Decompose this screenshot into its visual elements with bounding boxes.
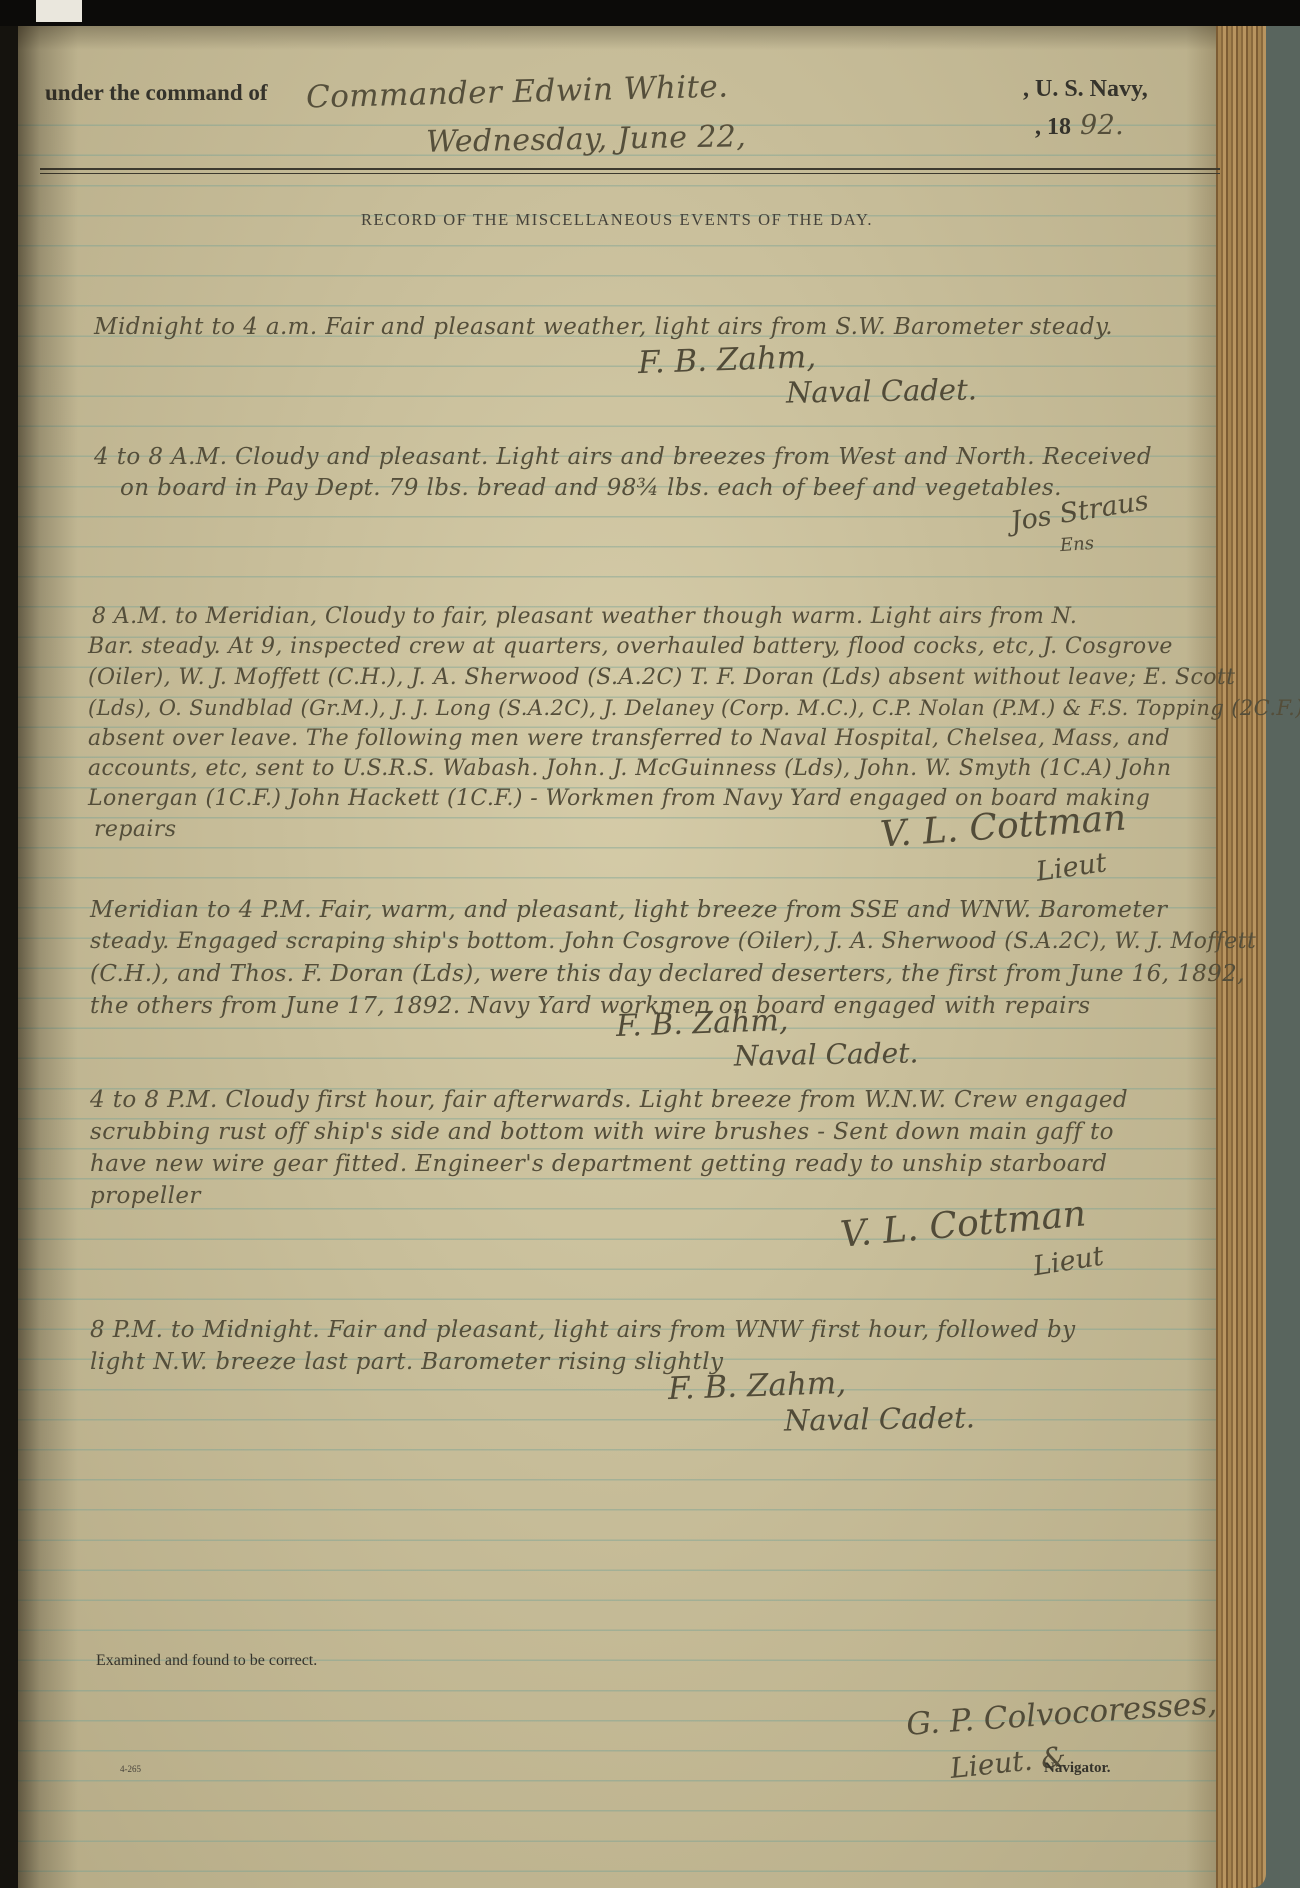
entry-line: accounts, etc, sent to U.S.R.S. Wabash. … (88, 754, 1300, 784)
entry-line: Bar. steady. At 9, inspected crew at qua… (88, 632, 1300, 662)
signature-rank-lieut: Lieut (1034, 847, 1108, 888)
entry-line: 4 to 8 P.M. Cloudy first hour, fair afte… (90, 1084, 1128, 1116)
entry-line: (Lds), O. Sundblad (Gr.M.), J. J. Long (… (88, 693, 1300, 723)
entry-line: (Oiler), W. J. Moffett (C.H.), J. A. She… (88, 663, 1300, 693)
log-entry-8pm-to-midnight: 8 P.M. to Midnight. Fair and pleasant, l… (90, 1314, 1076, 1378)
form-number: 4-265 (120, 1764, 141, 1774)
signature-rank-naval-cadet: Naval Cadet. (784, 1400, 975, 1437)
entry-line: 8 P.M. to Midnight. Fair and pleasant, l… (90, 1314, 1076, 1346)
header-printed-year-prefix: , 18 (1035, 114, 1071, 141)
signature-rank-naval-cadet: Naval Cadet. (786, 372, 977, 409)
date-handwritten: Wednesday, June 22, (426, 119, 747, 160)
scan-top-border (0, 0, 1300, 26)
entry-line: steady. Engaged scraping ship's bottom. … (90, 926, 1256, 958)
log-entry-meridian-to-4pm: Meridian to 4 P.M. Fair, warm, and pleas… (90, 894, 1256, 1022)
section-title: RECORD OF THE MISCELLANEOUS EVENTS OF TH… (18, 210, 1216, 230)
examined-statement: Examined and found to be correct. (96, 1652, 317, 1670)
signature-colvocoresses: G. P. Colvocoresses, (905, 1685, 1218, 1743)
signature-zahm: F. B. Zahm, (615, 1003, 788, 1044)
log-entry-midnight-to-4am: Midnight to 4 a.m. Fair and pleasant wea… (94, 312, 1113, 343)
entry-line: scrubbing rust off ship's side and botto… (90, 1116, 1128, 1148)
signature-rank-lieut: Lieut (1031, 1241, 1106, 1283)
header-printed-prefix: under the command of (45, 80, 268, 106)
entry-line: absent over leave. The following men wer… (88, 724, 1300, 754)
scan-top-sliver (36, 0, 82, 22)
header-rule-top (40, 168, 1220, 170)
entry-line: 4 to 8 A.M. Cloudy and pleasant. Light a… (94, 442, 1152, 473)
entry-line: 8 A.M. to Meridian, Cloudy to fair, plea… (88, 602, 1300, 632)
signature-rank-ens: Ens (1059, 533, 1094, 556)
entry-line: Midnight to 4 a.m. Fair and pleasant wea… (94, 312, 1113, 343)
year-handwritten: 92. (1080, 110, 1124, 141)
commander-name-handwritten: Commander Edwin White. (306, 68, 729, 115)
header-rule-bottom (40, 173, 1220, 174)
header-printed-navy: , U. S. Navy, (1023, 76, 1148, 103)
entry-line: Meridian to 4 P.M. Fair, warm, and pleas… (90, 894, 1256, 926)
logbook-page: under the command of Commander Edwin Whi… (18, 24, 1216, 1888)
signature-zahm: F. B. Zahm, (667, 1365, 846, 1407)
entry-line: (C.H.), and Thos. F. Doran (Lds), were t… (90, 958, 1256, 990)
printed-title-navigator: Navigator. (1044, 1760, 1111, 1777)
log-entry-4-to-8am: 4 to 8 A.M. Cloudy and pleasant. Light a… (94, 442, 1152, 504)
log-entry-4-to-8pm: 4 to 8 P.M. Cloudy first hour, fair afte… (90, 1084, 1128, 1212)
signature-rank-naval-cadet: Naval Cadet. (734, 1036, 919, 1072)
entry-line: on board in Pay Dept. 79 lbs. bread and … (94, 473, 1152, 504)
entry-line: have new wire gear fitted. Engineer's de… (90, 1148, 1128, 1180)
entry-line: light N.W. breeze last part. Barometer r… (90, 1346, 1076, 1378)
